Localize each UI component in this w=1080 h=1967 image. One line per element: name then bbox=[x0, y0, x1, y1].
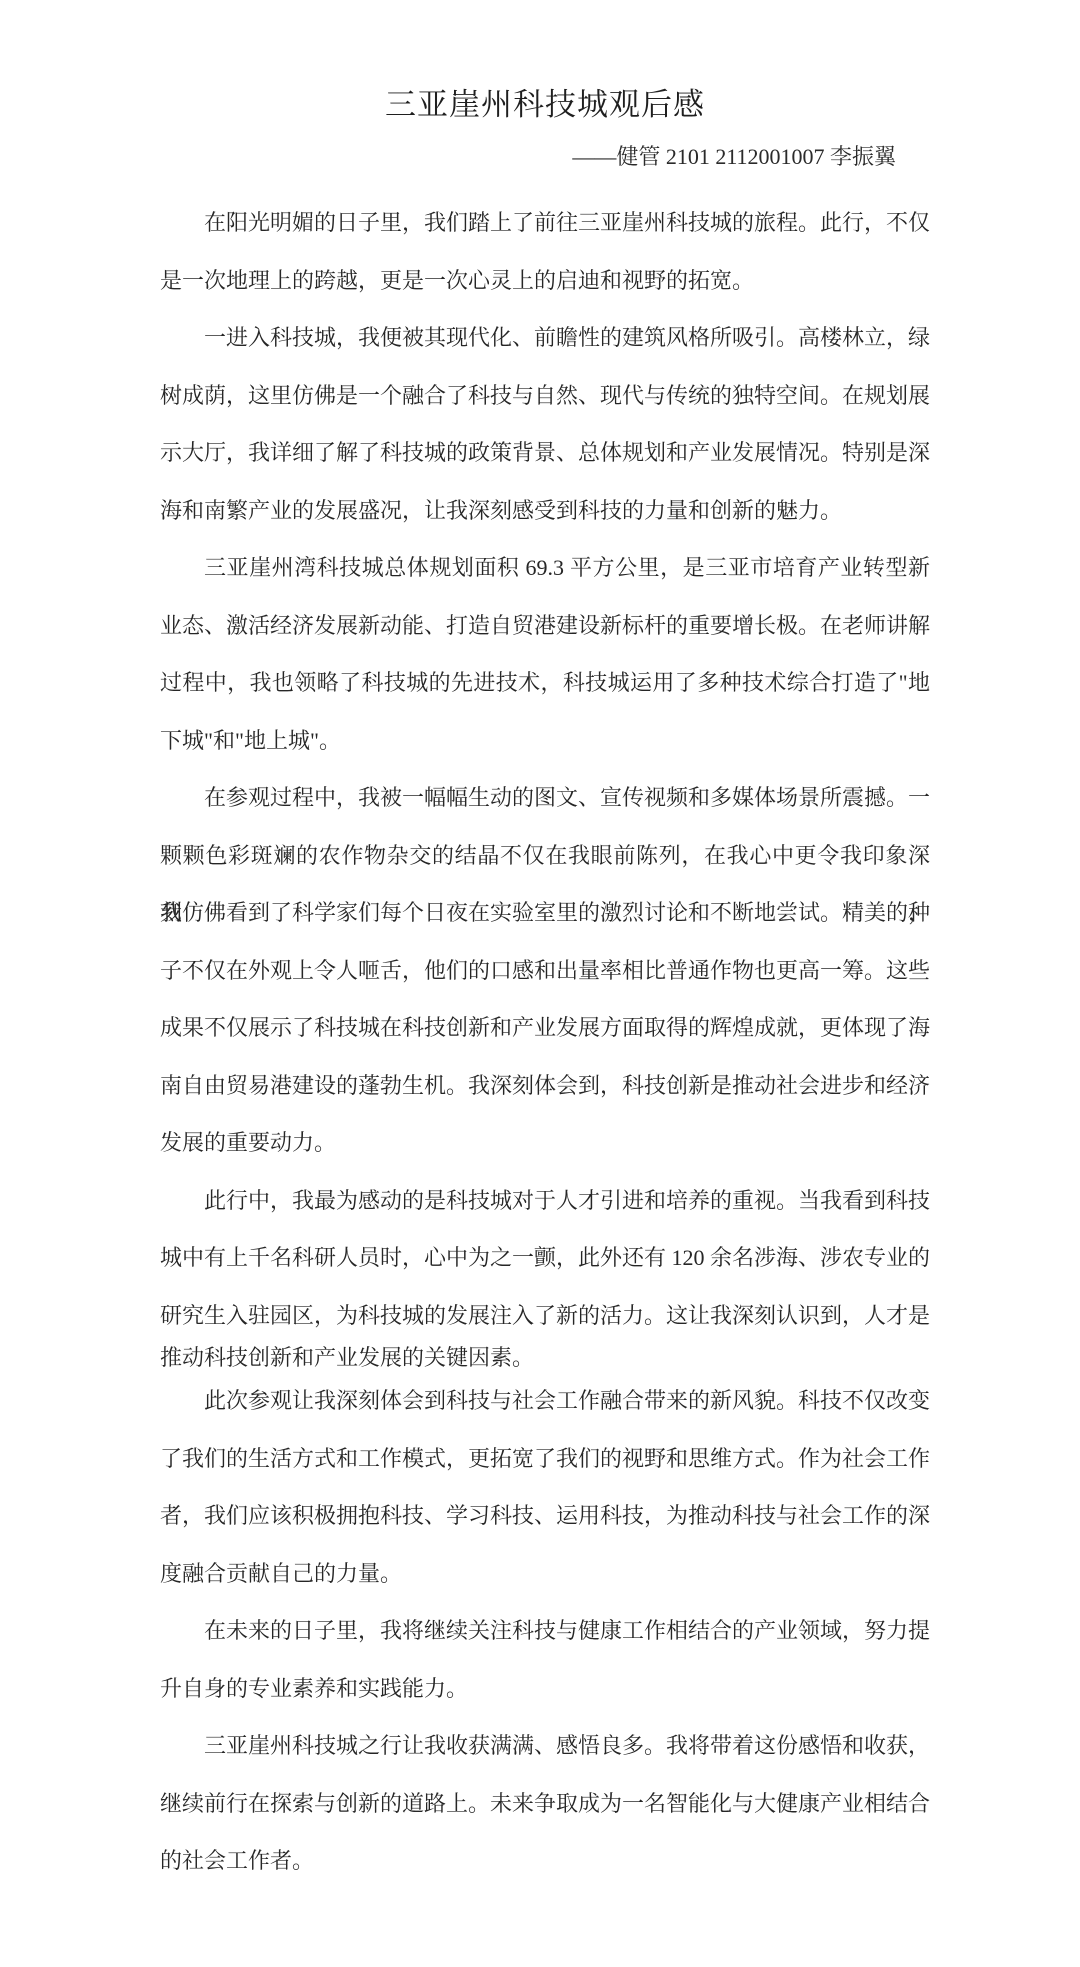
paragraph: 此行中，我最为感动的是科技城对于人才引进和培养的重视。当我看到科技城中有上千名科… bbox=[160, 1172, 930, 1373]
paragraph: 在参观过程中，我被一幅幅生动的图文、宣传视频和多媒体场景所震撼。一颗颗色彩斑斓的… bbox=[160, 769, 930, 1172]
text-line: 在阳光明媚的日子里，我们踏上了前往三亚崖州科技城的旅程。此行，不仅 bbox=[160, 194, 930, 252]
text-line: 一进入科技城，我便被其现代化、前瞻性的建筑风格所吸引。高楼林立，绿 bbox=[160, 309, 930, 367]
text-line: 了我们的生活方式和工作模式，更拓宽了我们的视野和思维方式。作为社会工作 bbox=[160, 1430, 930, 1488]
text-line: 度融合贡献自己的力量。 bbox=[160, 1545, 930, 1603]
text-line: 在未来的日子里，我将继续关注科技与健康工作相结合的产业领域，努力提 bbox=[160, 1602, 930, 1660]
text-line: 下城"和"地上城"。 bbox=[160, 712, 930, 770]
text-line: 三亚崖州科技城之行让我收获满满、感悟良多。我将带着这份感悟和收获， bbox=[160, 1717, 930, 1775]
paragraph: 一进入科技城，我便被其现代化、前瞻性的建筑风格所吸引。高楼林立，绿树成荫，这里仿… bbox=[160, 309, 930, 539]
text-line: 研究生入驻园区，为科技城的发展注入了新的活力。这让我深刻认识到，人才是 bbox=[160, 1287, 930, 1345]
text-line: 颗颗色彩斑斓的农作物杂交的结晶不仅在我眼前陈列，在我心中更令我印象深刻， bbox=[160, 827, 930, 885]
text-line: 过程中，我也领略了科技城的先进技术，科技城运用了多种技术综合打造了"地 bbox=[160, 654, 930, 712]
text-line: 子不仅在外观上令人咂舌，他们的口感和出量率相比普通作物也更高一筹。这些 bbox=[160, 942, 930, 1000]
text-line: 三亚崖州湾科技城总体规划面积 69.3 平方公里，是三亚市培育产业转型新 bbox=[160, 539, 930, 597]
text-line: 此次参观让我深刻体会到科技与社会工作融合带来的新风貌。科技不仅改变 bbox=[160, 1372, 930, 1430]
paragraphs: 在阳光明媚的日子里，我们踏上了前往三亚崖州科技城的旅程。此行，不仅是一次地理上的… bbox=[160, 194, 930, 1890]
document-content: 三亚崖州科技城观后感 ——健管 2101 2112001007 李振翼 在阳光明… bbox=[0, 0, 1080, 1890]
document-title: 三亚崖州科技城观后感 bbox=[160, 84, 930, 126]
paragraph: 三亚崖州科技城之行让我收获满满、感悟良多。我将带着这份感悟和收获，继续前行在探索… bbox=[160, 1717, 930, 1890]
text-line: 在参观过程中，我被一幅幅生动的图文、宣传视频和多媒体场景所震撼。一 bbox=[160, 769, 930, 827]
text-line: 推动科技创新和产业发展的关键因素。 bbox=[160, 1344, 930, 1372]
text-line: 者，我们应该积极拥抱科技、学习科技、运用科技，为推动科技与社会工作的深 bbox=[160, 1487, 930, 1545]
paragraph: 三亚崖州湾科技城总体规划面积 69.3 平方公里，是三亚市培育产业转型新业态、激… bbox=[160, 539, 930, 769]
text-line: 示大厅，我详细了解了科技城的政策背景、总体规划和产业发展情况。特别是深 bbox=[160, 424, 930, 482]
paragraph: 在阳光明媚的日子里，我们踏上了前往三亚崖州科技城的旅程。此行，不仅是一次地理上的… bbox=[160, 194, 930, 309]
text-line: 我仿佛看到了科学家们每个日夜在实验室里的激烈讨论和不断地尝试。精美的种 bbox=[160, 884, 930, 942]
document-page: 三亚崖州科技城观后感 ——健管 2101 2112001007 李振翼 在阳光明… bbox=[0, 0, 1080, 1967]
text-line: 成果不仅展示了科技城在科技创新和产业发展方面取得的辉煌成就，更体现了海 bbox=[160, 999, 930, 1057]
text-line: 发展的重要动力。 bbox=[160, 1114, 930, 1172]
text-line: 城中有上千名科研人员时，心中为之一颤，此外还有 120 余名涉海、涉农专业的 bbox=[160, 1229, 930, 1287]
paragraph: 此次参观让我深刻体会到科技与社会工作融合带来的新风貌。科技不仅改变了我们的生活方… bbox=[160, 1372, 930, 1602]
paragraph: 在未来的日子里，我将继续关注科技与健康工作相结合的产业领域，努力提升自身的专业素… bbox=[160, 1602, 930, 1717]
text-line: 海和南繁产业的发展盛况，让我深刻感受到科技的力量和创新的魅力。 bbox=[160, 482, 930, 540]
text-line: 树成荫，这里仿佛是一个融合了科技与自然、现代与传统的独特空间。在规划展 bbox=[160, 367, 930, 425]
text-line: 业态、激活经济发展新动能、打造自贸港建设新标杆的重要增长极。在老师讲解 bbox=[160, 597, 930, 655]
text-line: 是一次地理上的跨越，更是一次心灵上的启迪和视野的拓宽。 bbox=[160, 252, 930, 310]
text-line: 此行中，我最为感动的是科技城对于人才引进和培养的重视。当我看到科技 bbox=[160, 1172, 930, 1230]
text-line: 升自身的专业素养和实践能力。 bbox=[160, 1660, 930, 1718]
text-line: 南自由贸易港建设的蓬勃生机。我深刻体会到，科技创新是推动社会进步和经济 bbox=[160, 1057, 930, 1115]
author-byline: ——健管 2101 2112001007 李振翼 bbox=[160, 142, 930, 172]
text-line: 继续前行在探索与创新的道路上。未来争取成为一名智能化与大健康产业相结合 bbox=[160, 1775, 930, 1833]
text-line: 的社会工作者。 bbox=[160, 1832, 930, 1890]
